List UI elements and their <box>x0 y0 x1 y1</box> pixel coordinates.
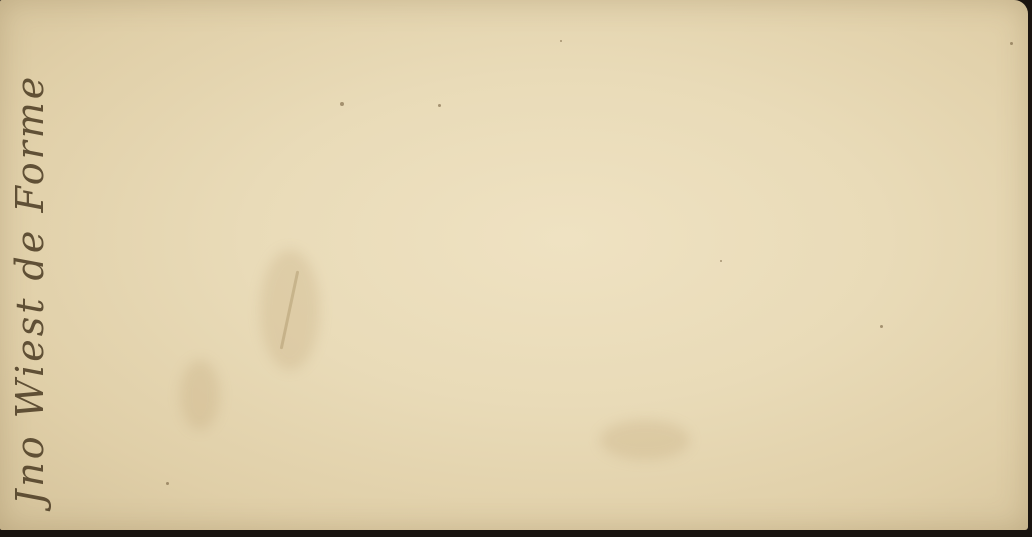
stain <box>600 420 690 460</box>
speck <box>720 260 722 262</box>
speck <box>560 40 562 42</box>
speck <box>166 482 169 485</box>
stain <box>180 360 220 430</box>
speck <box>1010 42 1013 45</box>
speck <box>880 325 883 328</box>
paper-card: Jno Wiest de Forme <box>0 0 1028 530</box>
speck <box>340 102 344 106</box>
speck <box>438 104 441 107</box>
handwritten-inscription: Jno Wiest de Forme <box>8 74 52 505</box>
